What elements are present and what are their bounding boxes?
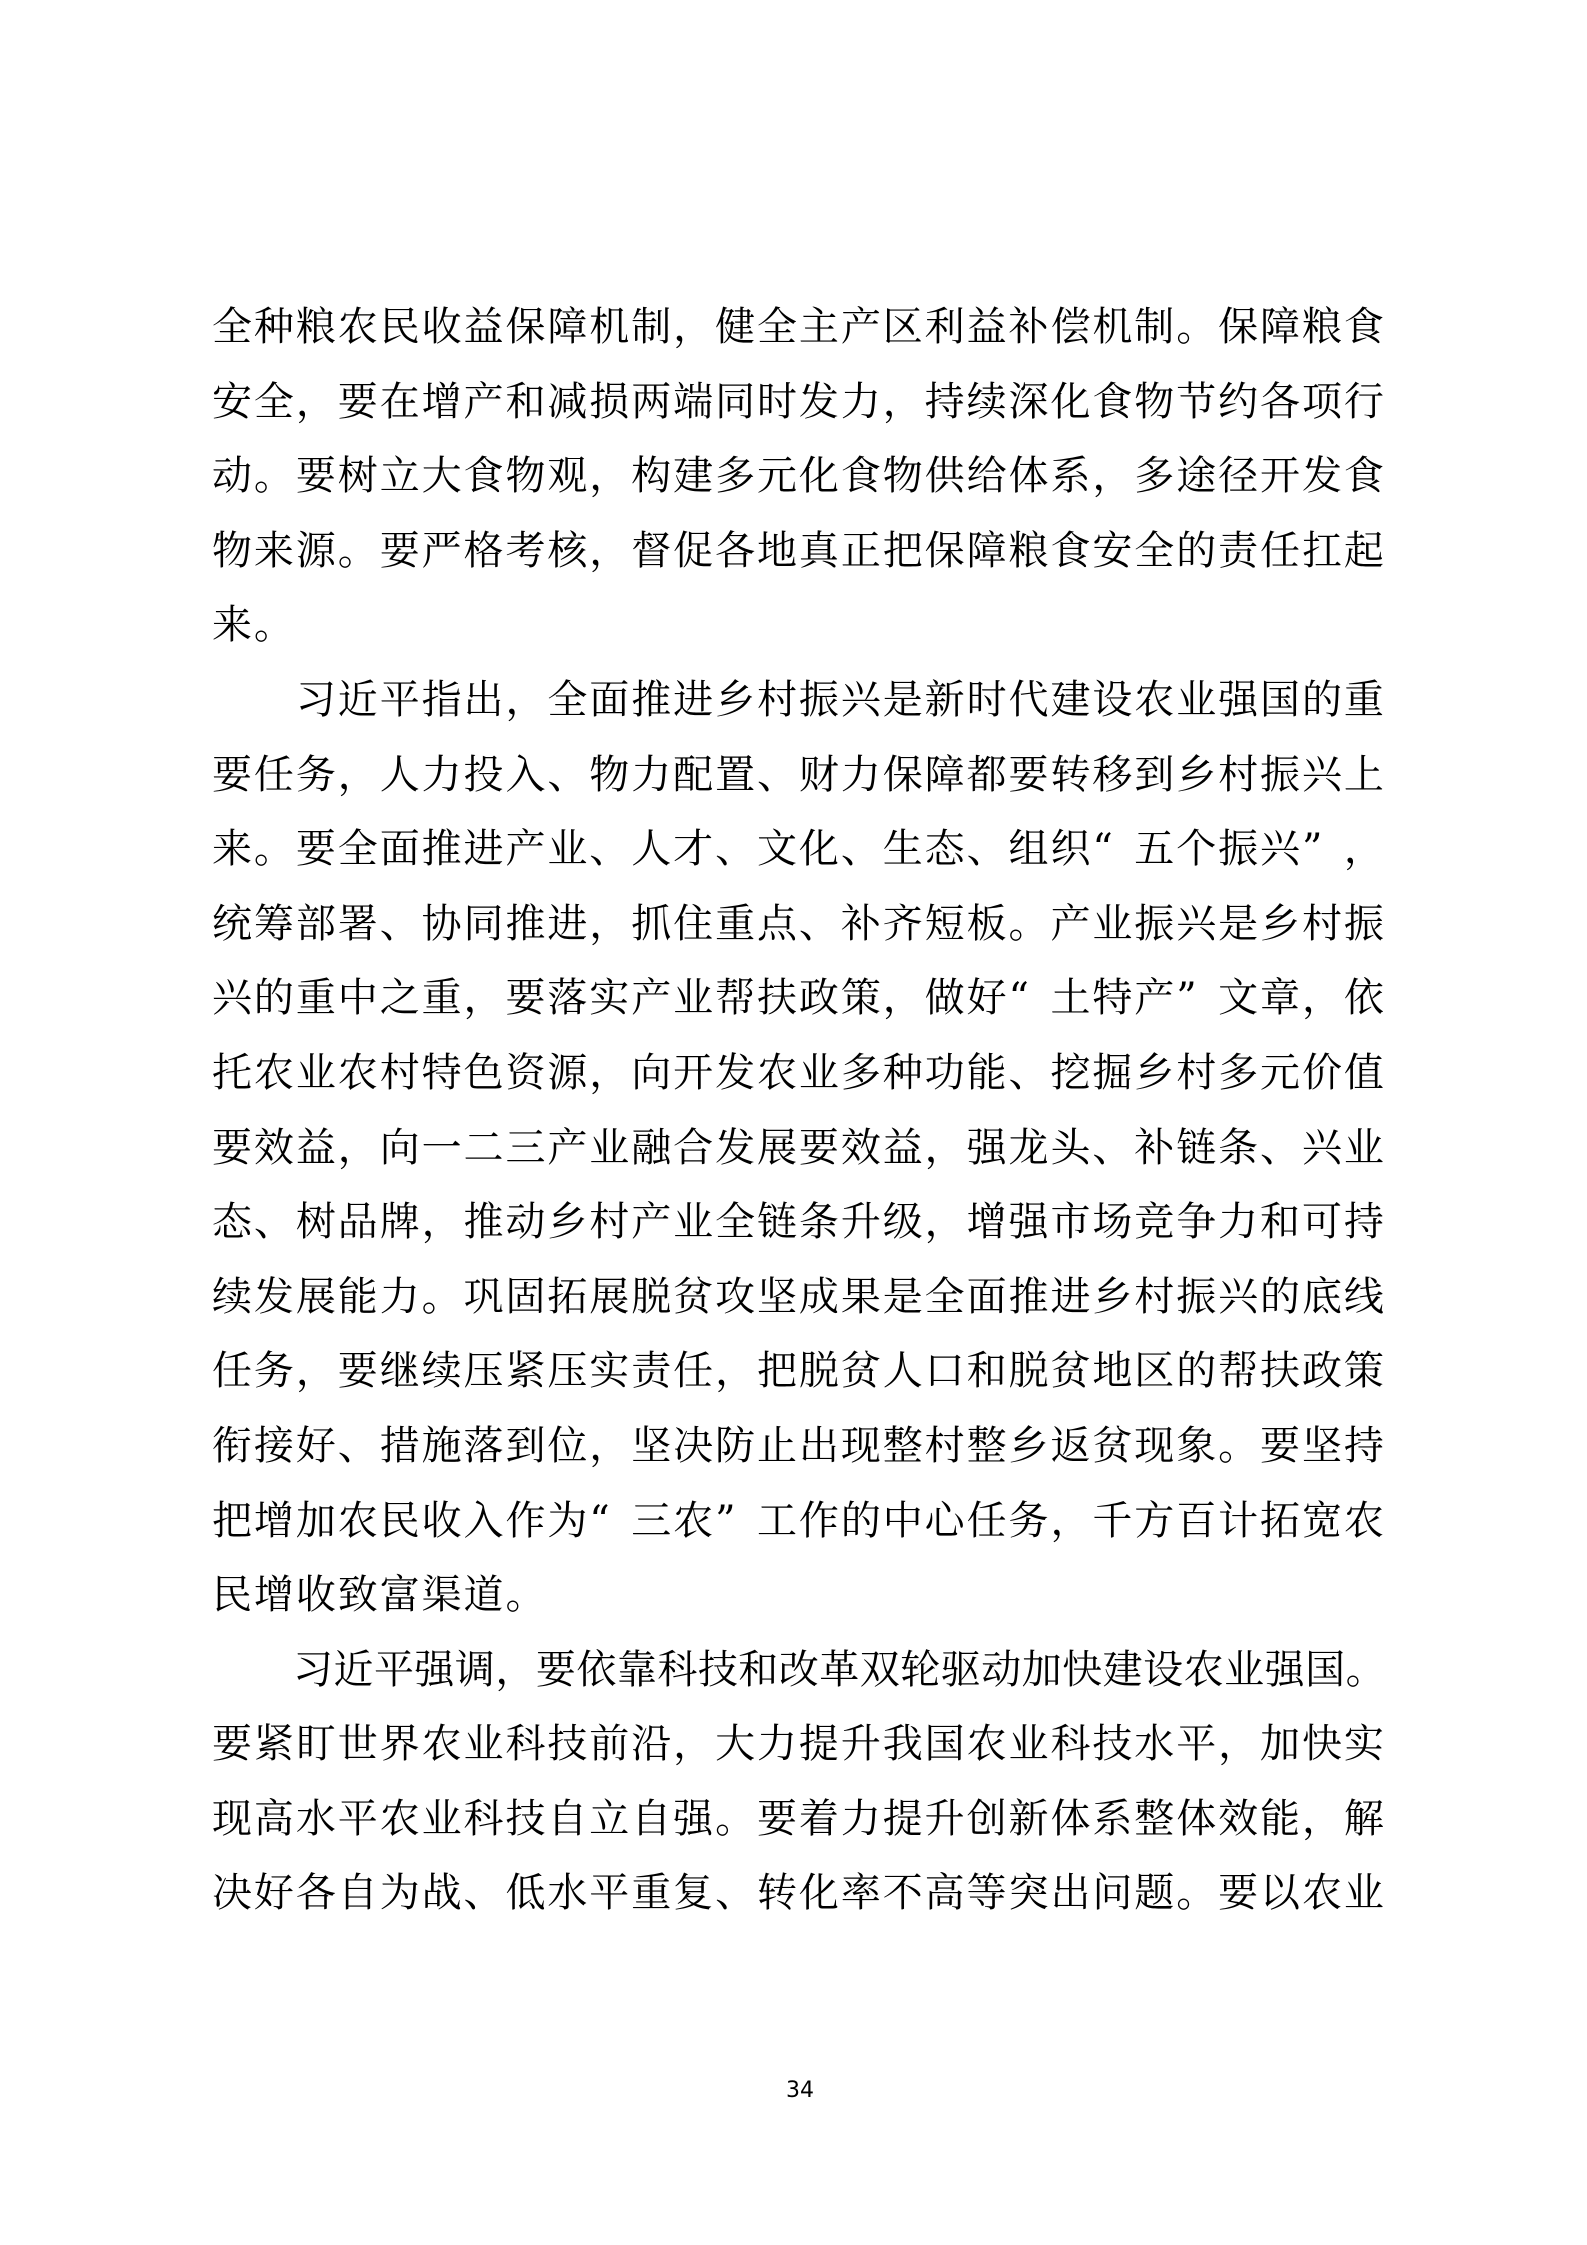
glyph: 业 bbox=[799, 1036, 841, 1111]
glyph: 村 bbox=[925, 1409, 967, 1484]
glyph: 推 bbox=[631, 663, 673, 738]
glyph: ， bbox=[589, 1409, 631, 1484]
glyph: 要 bbox=[505, 961, 547, 1036]
glyph: 要 bbox=[212, 1111, 254, 1186]
glyph: 要 bbox=[799, 1111, 841, 1186]
glyph: 区 bbox=[1134, 1334, 1176, 1409]
glyph: 展 bbox=[757, 1111, 799, 1186]
glyph: 科 bbox=[464, 1782, 506, 1857]
glyph: 署 bbox=[338, 887, 380, 962]
glyph: 能 bbox=[338, 1260, 380, 1335]
glyph: 乡 bbox=[715, 663, 757, 738]
glyph: 特 bbox=[1092, 961, 1134, 1036]
glyph: 之 bbox=[380, 961, 422, 1036]
glyph: 兴 bbox=[212, 961, 254, 1036]
text-line: 要紧盯世界农业科技前沿，大力提升我国农业科技水平，加快实 bbox=[212, 1707, 1386, 1782]
glyph: 技 bbox=[1092, 1707, 1134, 1782]
glyph: 盯 bbox=[296, 1707, 338, 1782]
glyph: 农 bbox=[254, 1036, 296, 1111]
glyph: 粮 bbox=[296, 290, 338, 365]
glyph: 近 bbox=[338, 663, 380, 738]
glyph: 指 bbox=[422, 663, 464, 738]
glyph: 。 bbox=[422, 1260, 464, 1335]
glyph: 责 bbox=[631, 1334, 673, 1409]
glyph: 益 bbox=[883, 1111, 925, 1186]
glyph: 态 bbox=[925, 812, 967, 887]
glyph: 做 bbox=[925, 961, 967, 1036]
glyph: 的 bbox=[841, 1484, 883, 1559]
glyph: 种 bbox=[883, 1036, 925, 1111]
glyph: 重 bbox=[1344, 663, 1386, 738]
glyph: 自 bbox=[631, 1782, 673, 1857]
glyph: 科 bbox=[657, 1633, 697, 1708]
glyph: 能 bbox=[967, 1036, 1009, 1111]
glyph: 策 bbox=[841, 961, 883, 1036]
glyph: 强 bbox=[673, 1782, 715, 1857]
glyph: 成 bbox=[799, 1260, 841, 1335]
glyph: 的 bbox=[1176, 514, 1218, 589]
glyph: ， bbox=[925, 1185, 967, 1260]
glyph: 约 bbox=[1218, 365, 1260, 440]
glyph: 振 bbox=[1260, 738, 1302, 813]
glyph: 物 bbox=[589, 738, 631, 813]
text-line: 兴的重中之重，要落实产业帮扶政策，做好“土特产”文章，依 bbox=[212, 961, 1386, 1036]
glyph: “ bbox=[589, 1484, 631, 1559]
glyph: 平 bbox=[589, 1856, 631, 1931]
glyph: 时 bbox=[757, 365, 799, 440]
glyph: 建 bbox=[673, 439, 715, 514]
glyph: 开 bbox=[673, 1036, 715, 1111]
glyph: 物 bbox=[505, 439, 547, 514]
text-line: 来。要全面推进产业、人才、文化、生态、组织“五个振兴”， bbox=[212, 812, 1386, 887]
glyph: ， bbox=[1092, 439, 1134, 514]
glyph: 要 bbox=[1009, 738, 1051, 813]
glyph: 脱 bbox=[631, 1260, 673, 1335]
glyph: 率 bbox=[841, 1856, 883, 1931]
glyph: 农 bbox=[757, 1036, 799, 1111]
glyph: 。 bbox=[1176, 290, 1218, 365]
glyph: 收 bbox=[422, 290, 464, 365]
glyph: 行 bbox=[1344, 365, 1386, 440]
glyph: 、 bbox=[967, 812, 1009, 887]
glyph: 业 bbox=[1009, 1707, 1051, 1782]
glyph: 立 bbox=[380, 439, 422, 514]
glyph: 协 bbox=[422, 887, 464, 962]
glyph: ， bbox=[296, 365, 338, 440]
glyph: 上 bbox=[1344, 738, 1386, 813]
glyph: 国 bbox=[1260, 663, 1302, 738]
glyph: 农 bbox=[338, 1484, 380, 1559]
glyph: “ bbox=[1092, 812, 1134, 887]
glyph: 立 bbox=[589, 1782, 631, 1857]
glyph: 平 bbox=[374, 1633, 414, 1708]
glyph: 安 bbox=[1092, 514, 1134, 589]
glyph: 章 bbox=[1260, 961, 1302, 1036]
glyph: 面 bbox=[380, 812, 422, 887]
glyph: 保 bbox=[883, 738, 925, 813]
glyph: 和 bbox=[738, 1633, 778, 1708]
glyph: 。 bbox=[1009, 887, 1051, 962]
glyph: 帮 bbox=[1218, 1334, 1260, 1409]
glyph: 抓 bbox=[631, 887, 673, 962]
text-line: 统筹部署、协同推进，抓住重点、补齐短板。产业振兴是乡村振 bbox=[212, 887, 1386, 962]
glyph: 富 bbox=[380, 1558, 422, 1633]
glyph: 扶 bbox=[757, 961, 799, 1036]
glyph: 重 bbox=[422, 961, 464, 1036]
glyph: 责 bbox=[1218, 514, 1260, 589]
glyph: 把 bbox=[757, 1334, 799, 1409]
glyph: 托 bbox=[212, 1036, 254, 1111]
glyph: 业 bbox=[547, 812, 589, 887]
glyph: 安 bbox=[212, 365, 254, 440]
glyph: 来 bbox=[212, 812, 254, 887]
glyph: 合 bbox=[673, 1111, 715, 1186]
glyph: 筹 bbox=[254, 887, 296, 962]
glyph: 策 bbox=[1344, 1334, 1386, 1409]
glyph: 任 bbox=[1260, 514, 1302, 589]
glyph: 双 bbox=[860, 1633, 900, 1708]
glyph: 地 bbox=[1092, 1334, 1134, 1409]
glyph: 不 bbox=[883, 1856, 925, 1931]
glyph: 业 bbox=[464, 1707, 506, 1782]
glyph: 、 bbox=[1260, 1111, 1302, 1186]
glyph: 组 bbox=[1009, 812, 1051, 887]
glyph: 线 bbox=[1344, 1260, 1386, 1335]
glyph: 持 bbox=[925, 365, 967, 440]
glyph: 展 bbox=[589, 1260, 631, 1335]
glyph: 种 bbox=[254, 290, 296, 365]
glyph: 途 bbox=[1176, 439, 1218, 514]
glyph: ， bbox=[464, 961, 506, 1036]
glyph: 益 bbox=[464, 290, 506, 365]
glyph: 全 bbox=[925, 1260, 967, 1335]
glyph: 头 bbox=[1050, 1111, 1092, 1186]
glyph: 沿 bbox=[631, 1707, 673, 1782]
text-line: 来。 bbox=[212, 588, 1386, 663]
glyph: 好 bbox=[967, 961, 1009, 1036]
glyph: 径 bbox=[1218, 439, 1260, 514]
glyph: 振 bbox=[1344, 887, 1386, 962]
glyph: 科 bbox=[1050, 1707, 1092, 1782]
glyph: 高 bbox=[925, 1856, 967, 1931]
glyph: 压 bbox=[547, 1334, 589, 1409]
glyph: 三 bbox=[505, 1111, 547, 1186]
glyph: 点 bbox=[757, 887, 799, 962]
glyph: 为 bbox=[547, 1484, 589, 1559]
glyph: 压 bbox=[464, 1334, 506, 1409]
glyph: 强 bbox=[414, 1633, 454, 1708]
glyph: 贫 bbox=[841, 1334, 883, 1409]
glyph: 才 bbox=[673, 812, 715, 887]
glyph: 源 bbox=[296, 514, 338, 589]
text-line: 任务，要继续压紧压实责任，把脱贫人口和脱贫地区的帮扶政策 bbox=[212, 1334, 1386, 1409]
glyph: ” bbox=[1176, 961, 1218, 1036]
glyph: 系 bbox=[1050, 439, 1092, 514]
glyph: 宽 bbox=[1302, 1484, 1344, 1559]
glyph: 贫 bbox=[1092, 1409, 1134, 1484]
glyph: 全 bbox=[212, 290, 254, 365]
glyph: 。 bbox=[254, 812, 296, 887]
glyph: 粮 bbox=[1009, 514, 1051, 589]
glyph: 紧 bbox=[505, 1334, 547, 1409]
glyph: 继 bbox=[380, 1334, 422, 1409]
glyph: 等 bbox=[967, 1856, 1009, 1931]
glyph: 增 bbox=[254, 1558, 296, 1633]
glyph: 农 bbox=[1184, 1633, 1224, 1708]
glyph: 返 bbox=[1050, 1409, 1092, 1484]
glyph: 心 bbox=[925, 1484, 967, 1559]
glyph: 产 bbox=[464, 365, 506, 440]
glyph: 动 bbox=[981, 1633, 1021, 1708]
glyph: 务 bbox=[296, 738, 338, 813]
glyph: 村 bbox=[1302, 887, 1344, 962]
glyph: 落 bbox=[464, 1409, 506, 1484]
glyph: 把 bbox=[212, 1484, 254, 1559]
glyph: 部 bbox=[296, 887, 338, 962]
glyph: ， bbox=[495, 1633, 535, 1708]
glyph: 兴 bbox=[1260, 812, 1302, 887]
glyph: 兴 bbox=[1218, 1260, 1260, 1335]
glyph: 发 bbox=[1302, 439, 1344, 514]
glyph: 平 bbox=[380, 663, 422, 738]
glyph: 体 bbox=[1176, 1782, 1218, 1857]
glyph: 止 bbox=[757, 1409, 799, 1484]
glyph: 增 bbox=[967, 1185, 1009, 1260]
glyph: 村 bbox=[1176, 1036, 1218, 1111]
glyph: 乡 bbox=[1260, 887, 1302, 962]
glyph: 建 bbox=[1050, 663, 1092, 738]
glyph: 的 bbox=[1260, 1260, 1302, 1335]
glyph: 依 bbox=[1344, 961, 1386, 1036]
glyph: 、 bbox=[464, 1856, 506, 1931]
glyph: 入 bbox=[505, 738, 547, 813]
glyph: 。 bbox=[1176, 1856, 1218, 1931]
glyph: 技 bbox=[505, 1782, 547, 1857]
glyph: 食 bbox=[464, 439, 506, 514]
glyph: ” bbox=[1302, 812, 1344, 887]
glyph: ， bbox=[338, 1111, 380, 1186]
glyph: 业 bbox=[1092, 887, 1134, 962]
glyph: 全 bbox=[715, 1185, 757, 1260]
glyph: 体 bbox=[1009, 439, 1051, 514]
glyph: 要 bbox=[296, 439, 338, 514]
glyph: 各 bbox=[1260, 365, 1302, 440]
glyph: 食 bbox=[1050, 514, 1092, 589]
glyph: 产 bbox=[547, 1111, 589, 1186]
glyph: 紧 bbox=[254, 1707, 296, 1782]
glyph: 要 bbox=[380, 514, 422, 589]
glyph bbox=[254, 663, 296, 738]
glyph: 人 bbox=[631, 812, 673, 887]
glyph: 大 bbox=[422, 439, 464, 514]
glyph: ， bbox=[1302, 1782, 1344, 1857]
glyph: 障 bbox=[925, 738, 967, 813]
glyph: 到 bbox=[1134, 738, 1176, 813]
glyph: 。 bbox=[1346, 1633, 1386, 1708]
glyph: 督 bbox=[631, 514, 673, 589]
glyph: 保 bbox=[1218, 290, 1260, 365]
glyph: 贫 bbox=[673, 1260, 715, 1335]
text-line: 把增加农民收入作为“三农”工作的中心任务，千方百计拓宽农 bbox=[212, 1484, 1386, 1559]
glyph: 化 bbox=[1050, 365, 1092, 440]
glyph: 扛 bbox=[1302, 514, 1344, 589]
paragraph: 习近平指出，全面推进乡村振兴是新时代建设农业强国的重 要任务，人力投入、物力配置… bbox=[212, 663, 1386, 1633]
glyph: 施 bbox=[422, 1409, 464, 1484]
glyph: 村 bbox=[757, 663, 799, 738]
glyph: ， bbox=[715, 1334, 757, 1409]
glyph: 利 bbox=[925, 290, 967, 365]
glyph: 创 bbox=[967, 1782, 1009, 1857]
glyph: 起 bbox=[1344, 514, 1386, 589]
glyph bbox=[252, 1633, 292, 1708]
glyph: 发 bbox=[254, 1260, 296, 1335]
text-line: 安全，要在增产和减损两端同时发力，持续深化食物节约各项行 bbox=[212, 365, 1386, 440]
glyph: 全 bbox=[547, 663, 589, 738]
glyph: 扶 bbox=[1260, 1334, 1302, 1409]
glyph: 值 bbox=[1344, 1036, 1386, 1111]
glyph bbox=[212, 663, 254, 738]
glyph: 保 bbox=[925, 514, 967, 589]
glyph: 出 bbox=[799, 1409, 841, 1484]
glyph: ， bbox=[589, 1036, 631, 1111]
glyph: 道 bbox=[464, 1558, 506, 1633]
glyph: 化 bbox=[799, 1856, 841, 1931]
glyph: 自 bbox=[547, 1782, 589, 1857]
glyph: 是 bbox=[883, 663, 925, 738]
glyph: 粮 bbox=[1302, 290, 1344, 365]
glyph: 渠 bbox=[422, 1558, 464, 1633]
glyph: 重 bbox=[715, 887, 757, 962]
glyph: 投 bbox=[464, 738, 506, 813]
glyph: 农 bbox=[1302, 1856, 1344, 1931]
glyph: 方 bbox=[1134, 1484, 1176, 1559]
glyph: 农 bbox=[967, 1707, 1009, 1782]
glyph: 农 bbox=[338, 1036, 380, 1111]
glyph: 。 bbox=[254, 588, 296, 663]
glyph: 科 bbox=[505, 1707, 547, 1782]
glyph: 升 bbox=[841, 1185, 883, 1260]
glyph: 村 bbox=[589, 1185, 631, 1260]
glyph: 织 bbox=[1050, 812, 1092, 887]
glyph: 各 bbox=[715, 514, 757, 589]
glyph: 、 bbox=[715, 1856, 757, 1931]
glyph: 水 bbox=[296, 1782, 338, 1857]
glyph: 补 bbox=[1009, 290, 1051, 365]
glyph: ， bbox=[673, 290, 715, 365]
glyph: 正 bbox=[841, 514, 883, 589]
glyph: 乡 bbox=[547, 1185, 589, 1260]
glyph: 复 bbox=[673, 1856, 715, 1931]
glyph: 推 bbox=[464, 1185, 506, 1260]
glyph: 竞 bbox=[1134, 1185, 1176, 1260]
glyph: 坚 bbox=[631, 1409, 673, 1484]
page-number: 34 bbox=[0, 2078, 1587, 2103]
glyph: 要 bbox=[1260, 1409, 1302, 1484]
text-line: 要效益，向一二三产业融合发展要效益，强龙头、补链条、兴业 bbox=[212, 1111, 1386, 1186]
glyph: 提 bbox=[883, 1782, 925, 1857]
glyph: 推 bbox=[505, 887, 547, 962]
glyph: 要 bbox=[212, 1707, 254, 1782]
glyph: 业 bbox=[1224, 1633, 1264, 1708]
glyph: 为 bbox=[380, 1856, 422, 1931]
glyph: 的 bbox=[254, 961, 296, 1036]
glyph: 同 bbox=[464, 887, 506, 962]
glyph: 产 bbox=[1134, 961, 1176, 1036]
glyph: 要 bbox=[338, 365, 380, 440]
glyph: 振 bbox=[799, 663, 841, 738]
glyph: 全 bbox=[338, 812, 380, 887]
glyph: 象 bbox=[1176, 1409, 1218, 1484]
glyph: 文 bbox=[757, 812, 799, 887]
glyph: 决 bbox=[212, 1856, 254, 1931]
glyph: 兴 bbox=[1302, 738, 1344, 813]
glyph: 解 bbox=[1344, 1782, 1386, 1857]
glyph: 进 bbox=[1050, 1260, 1092, 1335]
glyph: 五 bbox=[1134, 812, 1176, 887]
glyph: 核 bbox=[547, 514, 589, 589]
glyph: 。 bbox=[338, 514, 380, 589]
glyph: 在 bbox=[380, 365, 422, 440]
document-page: 全种粮农民收益保障机制，健全主产区利益补偿机制。保障粮食 安全，要在增产和减损两… bbox=[0, 0, 1587, 2245]
glyph: 建 bbox=[1103, 1633, 1143, 1708]
glyph: 产 bbox=[631, 1185, 673, 1260]
glyph: 色 bbox=[464, 1036, 506, 1111]
glyph: 脱 bbox=[799, 1334, 841, 1409]
glyph: 资 bbox=[505, 1036, 547, 1111]
glyph: 的 bbox=[1176, 1334, 1218, 1409]
glyph: 好 bbox=[296, 1409, 338, 1484]
glyph: 农 bbox=[673, 1484, 715, 1559]
glyph: 民 bbox=[380, 290, 422, 365]
glyph: 供 bbox=[925, 439, 967, 514]
glyph: 食 bbox=[1344, 439, 1386, 514]
glyph: 地 bbox=[757, 514, 799, 589]
text-line: 现高水平农业科技自立自强。要着力提升创新体系整体效能，解 bbox=[212, 1782, 1386, 1857]
glyph: 前 bbox=[589, 1707, 631, 1782]
glyph: 千 bbox=[1092, 1484, 1134, 1559]
glyph: 价 bbox=[1302, 1036, 1344, 1111]
glyph: ” bbox=[715, 1484, 757, 1559]
glyph: 系 bbox=[1092, 1782, 1134, 1857]
text-line: 习近平指出，全面推进乡村振兴是新时代建设农业强国的重 bbox=[212, 663, 1386, 738]
glyph: 加 bbox=[296, 1484, 338, 1559]
glyph: 。 bbox=[254, 439, 296, 514]
glyph: 兴 bbox=[1302, 1111, 1344, 1186]
glyph: 两 bbox=[631, 365, 673, 440]
glyph: 设 bbox=[1143, 1633, 1183, 1708]
glyph: 乡 bbox=[1009, 1409, 1051, 1484]
glyph: 元 bbox=[1260, 1036, 1302, 1111]
glyph: 以 bbox=[1260, 1856, 1302, 1931]
glyph: 战 bbox=[422, 1856, 464, 1931]
glyph: 场 bbox=[1092, 1185, 1134, 1260]
glyph: 调 bbox=[455, 1633, 495, 1708]
glyph: 中 bbox=[338, 961, 380, 1036]
glyph: 化 bbox=[799, 439, 841, 514]
glyph: ， bbox=[589, 887, 631, 962]
glyph: 振 bbox=[1134, 887, 1176, 962]
glyph: 续 bbox=[967, 365, 1009, 440]
glyph: 是 bbox=[1218, 887, 1260, 962]
glyph: 人 bbox=[380, 738, 422, 813]
text-line: 民增收致富渠道。 bbox=[212, 1558, 1386, 1633]
glyph: 持 bbox=[1344, 1185, 1386, 1260]
glyph: 产 bbox=[1050, 887, 1092, 962]
glyph: 整 bbox=[967, 1409, 1009, 1484]
glyph: 我 bbox=[883, 1707, 925, 1782]
glyph: 提 bbox=[799, 1707, 841, 1782]
glyph: 都 bbox=[967, 738, 1009, 813]
